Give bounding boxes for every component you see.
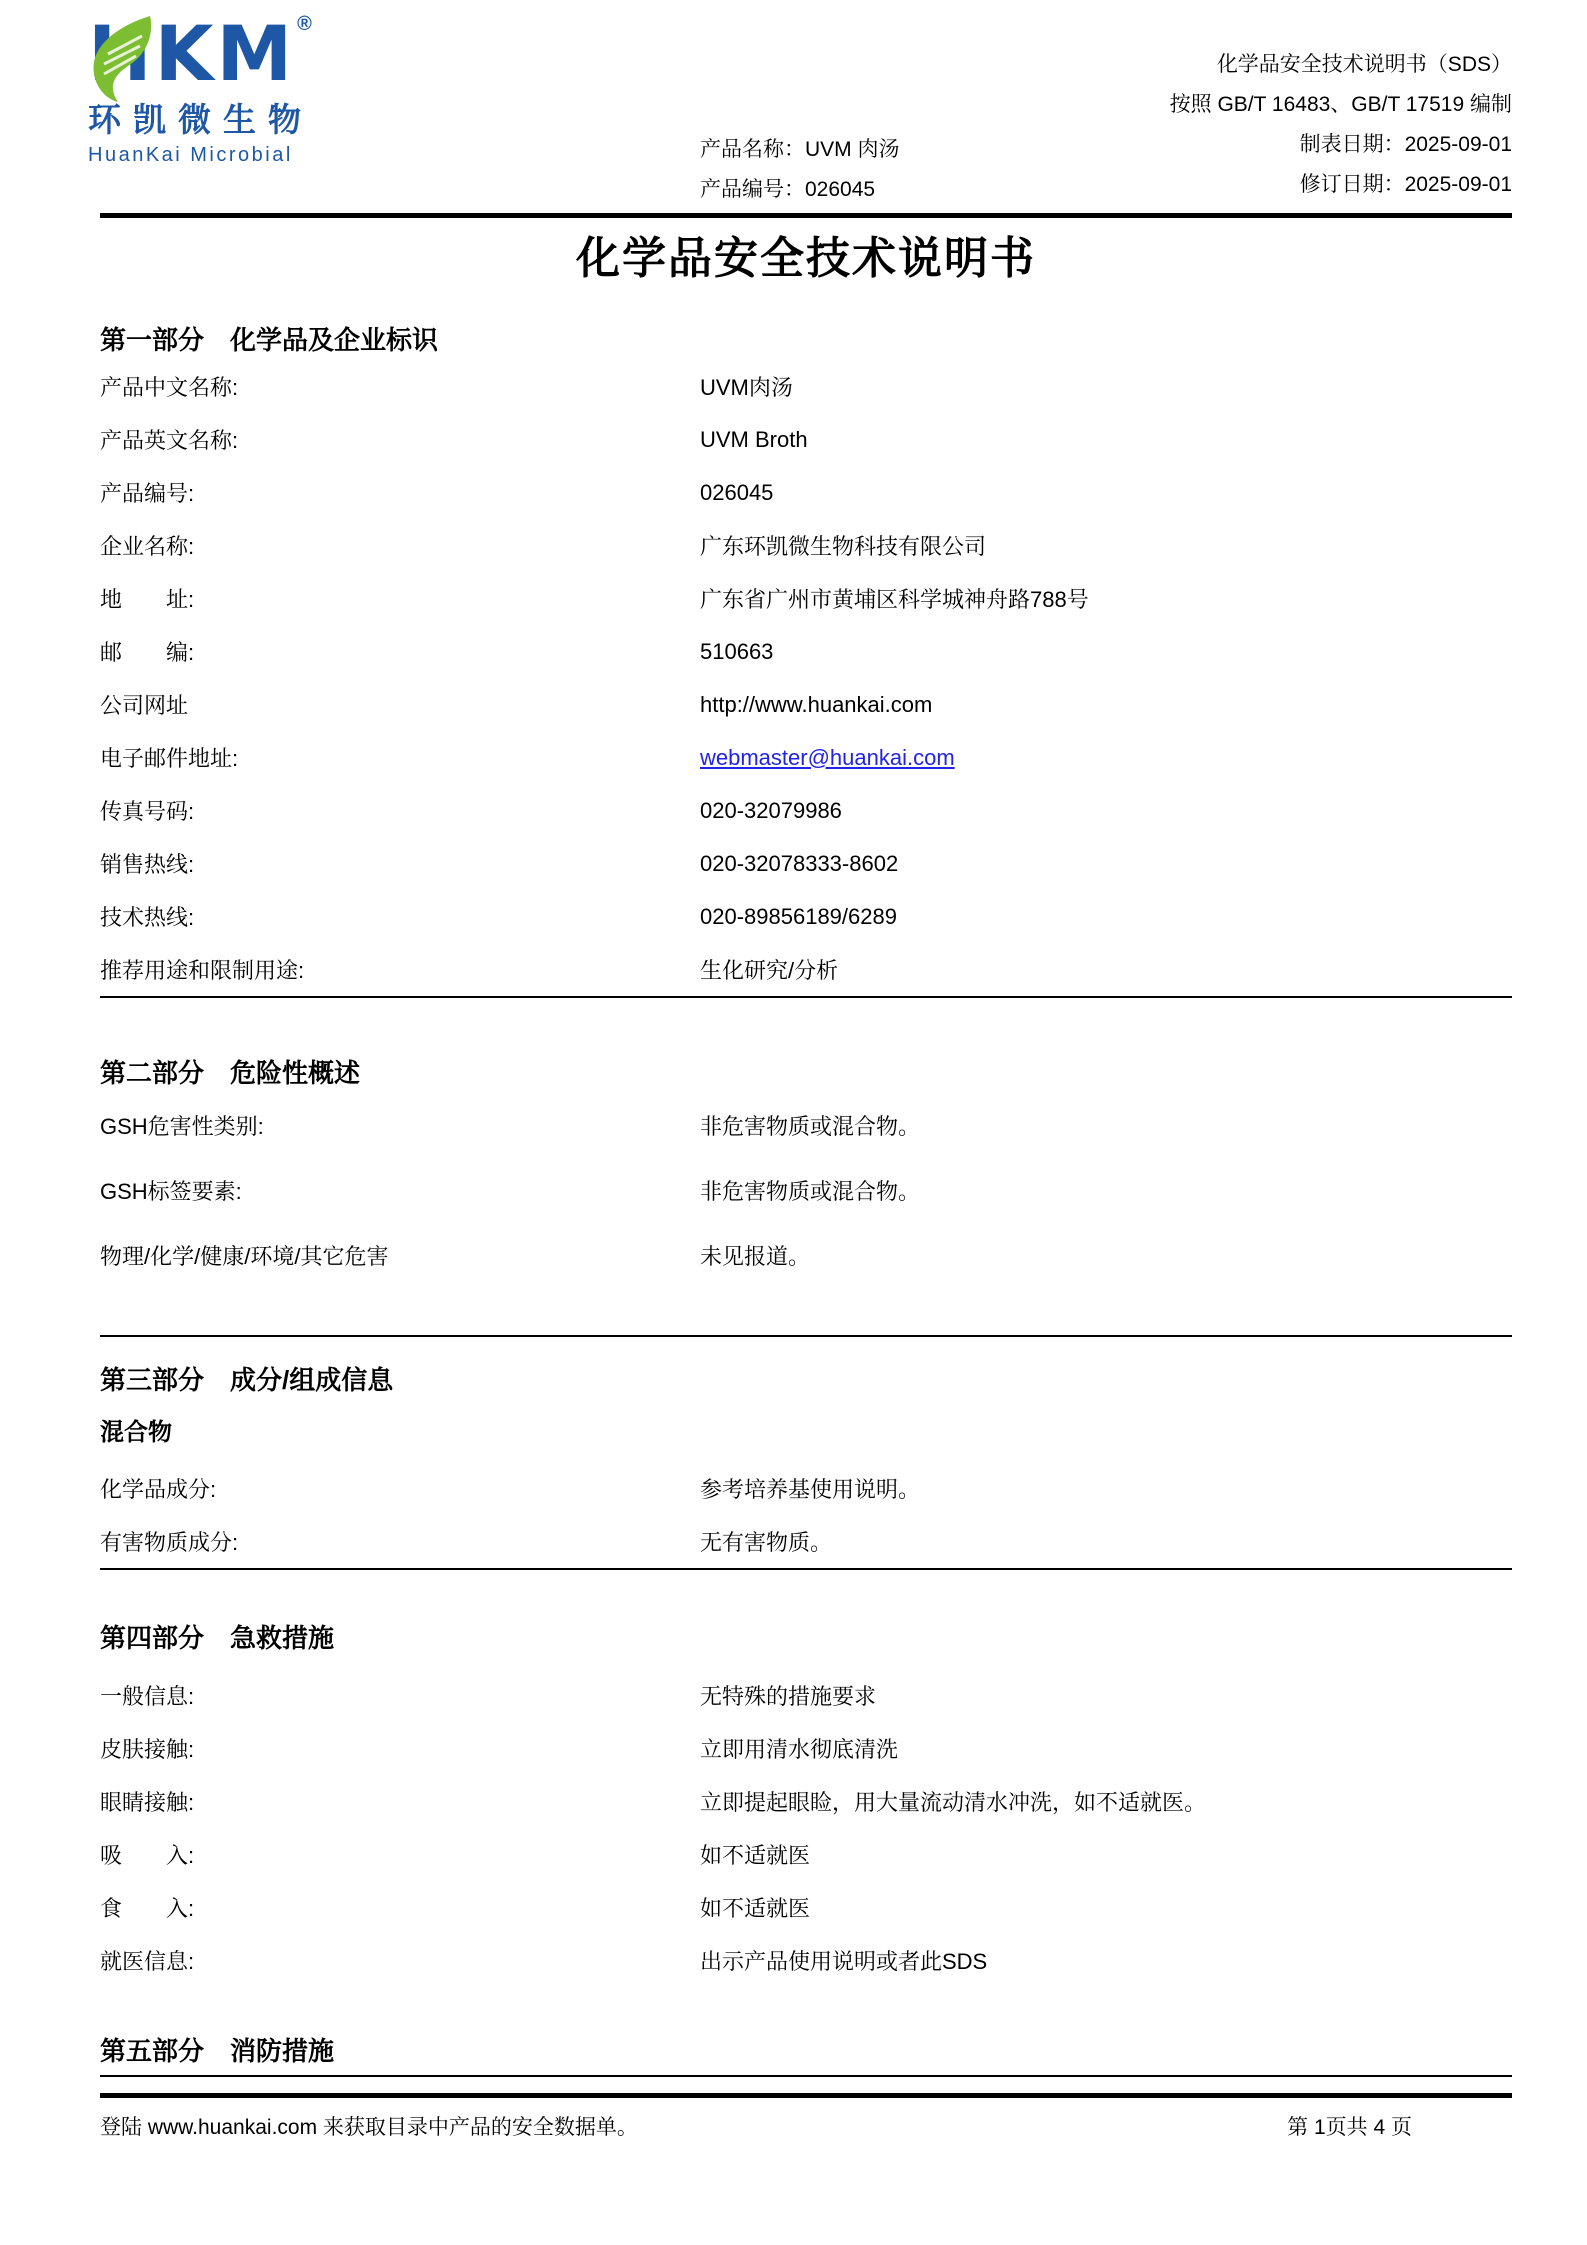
page-footer: 登陆 www.huankai.com 来获取目录中产品的安全数据单。 第 1页共… <box>100 2111 1512 2145</box>
field-value: 020-32079986 <box>700 798 1512 824</box>
field-value: 非危害物质或混合物。 <box>700 1110 1512 1141</box>
field-row-product-code: 产品编号: 026045 <box>100 466 1512 519</box>
section3-rows: 化学品成分: 参考培养基使用说明。 有害物质成分: 无有害物质。 <box>100 1462 1512 1568</box>
field-value: 如不适就医 <box>700 1839 1512 1870</box>
field-value: 510663 <box>700 639 1512 665</box>
field-value: UVM肉汤 <box>700 371 1512 402</box>
field-row-postcode: 邮 编: 510663 <box>100 625 1512 678</box>
section-divider <box>100 996 1512 998</box>
field-label: 眼睛接触: <box>100 1786 700 1817</box>
header-product-code: 产品编号：026045 <box>700 170 900 210</box>
field-label: 地 址: <box>100 583 700 614</box>
field-label: GSH危害性类别: <box>100 1110 700 1141</box>
field-label: 传真号码: <box>100 795 700 826</box>
field-value: 非危害物质或混合物。 <box>700 1175 1512 1206</box>
field-label: 有害物质成分: <box>100 1526 700 1557</box>
revise-date-label: 修订日期： <box>1300 173 1405 196</box>
field-value: 立即用清水彻底清洗 <box>700 1733 1512 1764</box>
registered-trademark-icon: ® <box>297 13 312 35</box>
logo-brand-text: HKM <box>88 9 295 98</box>
field-label: 产品中文名称: <box>100 371 700 402</box>
field-label: 电子邮件地址: <box>100 742 700 773</box>
doc-revise-date-line: 修订日期：2025-09-01 <box>1170 165 1512 205</box>
field-row-address: 地 址: 广东省广州市黄埔区科学城神舟路788号 <box>100 572 1512 625</box>
field-row-inhalation: 吸 入: 如不适就医 <box>100 1828 1512 1881</box>
field-label: 技术热线: <box>100 901 700 932</box>
field-label: 就医信息: <box>100 1945 700 1976</box>
field-label: 邮 编: <box>100 636 700 667</box>
header-doc-info: 化学品安全技术说明书（SDS） 按照 GB/T 16483、GB/T 17519… <box>1170 45 1512 205</box>
sds-document-page: HKM® 环凯微生物 HuanKai Microbial 产品名称：UVM 肉汤… <box>0 0 1587 2245</box>
field-row-fax: 传真号码: 020-32079986 <box>100 784 1512 837</box>
field-value: 出示产品使用说明或者此SDS <box>700 1945 1512 1976</box>
logo-english-name: HuanKai Microbial <box>88 144 418 167</box>
document-header: HKM® 环凯微生物 HuanKai Microbial 产品名称：UVM 肉汤… <box>100 0 1512 218</box>
field-row-other-hazards: 物理/化学/健康/环境/其它危害 未见报道。 <box>100 1223 1512 1288</box>
revise-date-value: 2025-09-01 <box>1405 173 1512 196</box>
section2-rows: GSH危害性类别: 非危害物质或混合物。 GSH标签要素: 非危害物质或混合物。… <box>100 1093 1512 1288</box>
page-number: 第 1页共 4 页 <box>1287 2111 1412 2145</box>
field-row-sales-hotline: 销售热线: 020-32078333-8602 <box>100 837 1512 890</box>
product-name-label: 产品名称： <box>700 138 805 161</box>
field-row-medical-info: 就医信息: 出示产品使用说明或者此SDS <box>100 1934 1512 1987</box>
field-value: UVM Broth <box>700 427 1512 453</box>
field-row-skin-contact: 皮肤接触: 立即用清水彻底清洗 <box>100 1722 1512 1775</box>
field-value: 广东环凯微生物科技有限公司 <box>700 530 1512 561</box>
field-row-product-cn-name: 产品中文名称: UVM肉汤 <box>100 360 1512 413</box>
field-value: 如不适就医 <box>700 1892 1512 1923</box>
section-divider <box>100 2075 1512 2077</box>
field-value: 生化研究/分析 <box>700 954 1512 985</box>
made-date-label: 制表日期： <box>1300 133 1405 156</box>
field-label: 公司网址 <box>100 689 700 720</box>
field-row-recommended-use: 推荐用途和限制用途: 生化研究/分析 <box>100 943 1512 996</box>
field-label: 一般信息: <box>100 1680 700 1711</box>
field-value: 无特殊的措施要求 <box>700 1680 1512 1711</box>
field-label: 皮肤接触: <box>100 1733 700 1764</box>
field-row-website: 公司网址 http://www.huankai.com <box>100 678 1512 731</box>
made-date-value: 2025-09-01 <box>1405 133 1512 156</box>
company-logo: HKM® 环凯微生物 HuanKai Microbial <box>88 16 418 167</box>
field-row-company-name: 企业名称: 广东环凯微生物科技有限公司 <box>100 519 1512 572</box>
section1-rows: 产品中文名称: UVM肉汤 产品英文名称: UVM Broth 产品编号: 02… <box>100 360 1512 996</box>
doc-standard-line: 按照 GB/T 16483、GB/T 17519 编制 <box>1170 85 1512 125</box>
field-label: 吸 入: <box>100 1839 700 1870</box>
field-row-ingestion: 食 入: 如不适就医 <box>100 1881 1512 1934</box>
field-value: 参考培养基使用说明。 <box>700 1473 1512 1504</box>
header-product-name: 产品名称：UVM 肉汤 <box>700 130 900 170</box>
field-label: 物理/化学/健康/环境/其它危害 <box>100 1240 700 1271</box>
field-value: 未见报道。 <box>700 1240 1512 1271</box>
section4-heading: 第四部分 急救措施 <box>100 1618 1512 1658</box>
section2-heading: 第二部分 危险性概述 <box>100 1053 1512 1093</box>
section3-heading: 第三部分 成分/组成信息 <box>100 1360 1512 1400</box>
section-divider <box>100 1568 1512 1570</box>
field-label: GSH标签要素: <box>100 1175 700 1206</box>
field-row-product-en-name: 产品英文名称: UVM Broth <box>100 413 1512 466</box>
field-value: 广东省广州市黄埔区科学城神舟路788号 <box>700 583 1512 614</box>
field-label: 产品英文名称: <box>100 424 700 455</box>
field-row-chemical-components: 化学品成分: 参考培养基使用说明。 <box>100 1462 1512 1515</box>
product-name-value: UVM 肉汤 <box>805 138 900 161</box>
field-row-gsh-hazard-class: GSH危害性类别: 非危害物质或混合物。 <box>100 1093 1512 1158</box>
field-label: 销售热线: <box>100 848 700 879</box>
field-row-general-info: 一般信息: 无特殊的措施要求 <box>100 1669 1512 1722</box>
website-url: http://www.huankai.com <box>700 692 1512 718</box>
field-label: 食 入: <box>100 1892 700 1923</box>
header-product-info: 产品名称：UVM 肉汤 产品编号：026045 <box>700 130 900 210</box>
field-label: 化学品成分: <box>100 1473 700 1504</box>
field-value: 026045 <box>700 480 1512 506</box>
field-row-email: 电子邮件地址: webmaster@huankai.com <box>100 731 1512 784</box>
field-row-tech-hotline: 技术热线: 020-89856189/6289 <box>100 890 1512 943</box>
page-title: 化学品安全技术说明书 <box>100 232 1512 286</box>
field-value: 020-32078333-8602 <box>700 851 1512 877</box>
field-value: 无有害物质。 <box>700 1526 1512 1557</box>
doc-type-line: 化学品安全技术说明书（SDS） <box>1170 45 1512 85</box>
field-row-eye-contact: 眼睛接触: 立即提起眼睑，用大量流动清水冲洗，如不适就医。 <box>100 1775 1512 1828</box>
logo-chinese-name: 环凯微生物 <box>88 94 418 141</box>
field-label: 产品编号: <box>100 477 700 508</box>
logo-mark: HKM® <box>88 16 310 92</box>
product-code-value: 026045 <box>805 178 875 201</box>
section1-heading: 第一部分 化学品及企业标识 <box>100 320 1512 360</box>
section4-rows: 一般信息: 无特殊的措施要求 皮肤接触: 立即用清水彻底清洗 眼睛接触: 立即提… <box>100 1669 1512 1987</box>
section-divider <box>100 1335 1512 1337</box>
footer-note: 登陆 www.huankai.com 来获取目录中产品的安全数据单。 <box>100 2111 638 2145</box>
field-row-hazardous-components: 有害物质成分: 无有害物质。 <box>100 1515 1512 1568</box>
email-link[interactable]: webmaster@huankai.com <box>700 745 955 770</box>
product-code-label: 产品编号： <box>700 178 805 201</box>
field-label: 推荐用途和限制用途: <box>100 954 700 985</box>
field-row-gsh-label-elements: GSH标签要素: 非危害物质或混合物。 <box>100 1158 1512 1223</box>
field-value: 020-89856189/6289 <box>700 904 1512 930</box>
doc-made-date-line: 制表日期：2025-09-01 <box>1170 125 1512 165</box>
field-value: 立即提起眼睑，用大量流动清水冲洗，如不适就医。 <box>700 1786 1512 1817</box>
field-label: 企业名称: <box>100 530 700 561</box>
section5-heading: 第五部分 消防措施 <box>100 2031 1512 2071</box>
footer-rule <box>100 2093 1512 2098</box>
section3-subheading: 混合物 <box>100 1413 1512 1453</box>
